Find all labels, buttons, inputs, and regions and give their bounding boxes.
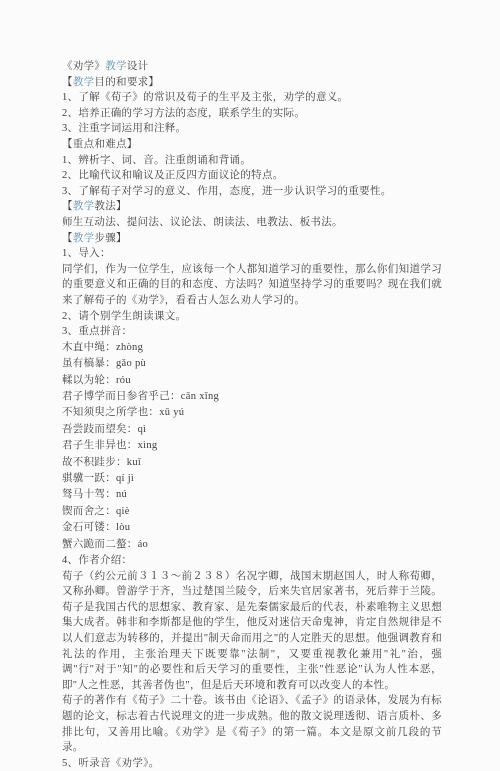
objective-item: 3、注重字词运用和注释。 xyxy=(62,121,442,137)
methods-text: 师生互动法、提问法、议论法、朗读法、电教法、板书法。 xyxy=(62,215,442,231)
title-text-post: 设计 xyxy=(127,61,149,72)
step3-label: 3、重点拼音： xyxy=(62,324,442,340)
pinyin-item: 不知须臾之所学也：xū yú xyxy=(62,405,442,421)
keypoint-item: 1、辨析字、词、音。注重朗诵和背诵。 xyxy=(62,153,442,169)
pinyin-item: 金石可镂：lòu xyxy=(62,520,442,536)
header-text-post: 目的和要求】 xyxy=(94,77,159,88)
header-text-post: 步骤】 xyxy=(94,233,126,244)
title-text-pre: 《劝学》 xyxy=(62,61,105,72)
header-text-post: 教法】 xyxy=(94,201,126,212)
step4-label: 4、作者介绍： xyxy=(62,553,442,569)
pinyin-item: 吾尝跂而望矣：qì xyxy=(62,422,442,438)
author-intro-paragraph: 荀子（约公元前３１３～前２３８）名况字卿，战国末期赵国人，时人称荀卿，又称孙卿。… xyxy=(62,569,442,694)
pinyin-item: 故不积跬步：kuǐ xyxy=(62,455,442,471)
pinyin-item: 君子博学而日参省乎己：cān xǐng xyxy=(62,389,442,405)
title-keyword-highlight: 教学 xyxy=(105,61,127,72)
header-keyword-highlight: 教学 xyxy=(73,233,95,244)
header-keyword-highlight: 教学 xyxy=(73,77,95,88)
header-bracket-pre: 【 xyxy=(62,201,73,212)
step1-label: 1、导入： xyxy=(62,246,442,262)
page-title: 《劝学》教学设计 xyxy=(62,59,442,75)
pinyin-item: 驽马十驾：nú xyxy=(62,487,442,503)
section-header-keypoints: 【重点和难点】 xyxy=(62,137,442,153)
objective-item: 1、了解《荀子》的常识及荀子的生平及主张，劝学的意义。 xyxy=(62,90,442,106)
keypoint-item: 3、了解荀子对学习的意义、作用，态度，进一步认识学习的重要性。 xyxy=(62,184,442,200)
pinyin-item: 輮以为轮：róu xyxy=(62,373,442,389)
section-header-objectives: 【教学目的和要求】 xyxy=(62,75,442,91)
section-header-methods: 【教学教法】 xyxy=(62,199,442,215)
step2-text: 2、请个别学生朗读课文。 xyxy=(62,309,442,325)
keypoint-item: 2、比喻代议和喻议及正反四方面议论的特点。 xyxy=(62,168,442,184)
pinyin-item: 蟹六跪而二螯：áo xyxy=(62,537,442,553)
step1-intro-text: 同学们，作为一位学生，应该每一个人都知道学习的重要性，那么你们知道学习的重要意义… xyxy=(62,262,442,309)
pinyin-item: 木直中绳：zhòng xyxy=(62,340,442,356)
document-page: 《劝学》教学设计 【教学目的和要求】 1、了解《荀子》的常识及荀子的生平及主张，… xyxy=(62,59,442,707)
header-bracket-pre: 【 xyxy=(62,77,73,88)
objective-item: 2、培养正确的学习方法的态度，联系学生的实际。 xyxy=(62,106,442,122)
pinyin-item: 君子生非异也：xìng xyxy=(62,438,442,454)
section-header-steps: 【教学步骤】 xyxy=(62,231,442,247)
header-bracket-pre: 【 xyxy=(62,233,73,244)
pinyin-item: 锲而舍之：qiè xyxy=(62,504,442,520)
author-works-paragraph: 荀子的著作有《荀子》二十卷。该书由《论语》、《孟子》的语录体，发展为有标题的论文… xyxy=(62,693,442,707)
header-keyword-highlight: 教学 xyxy=(73,201,95,212)
pinyin-item: 骐骥一跃：qí jì xyxy=(62,471,442,487)
pinyin-item: 虽有槁暴：gǎo pù xyxy=(62,356,442,372)
